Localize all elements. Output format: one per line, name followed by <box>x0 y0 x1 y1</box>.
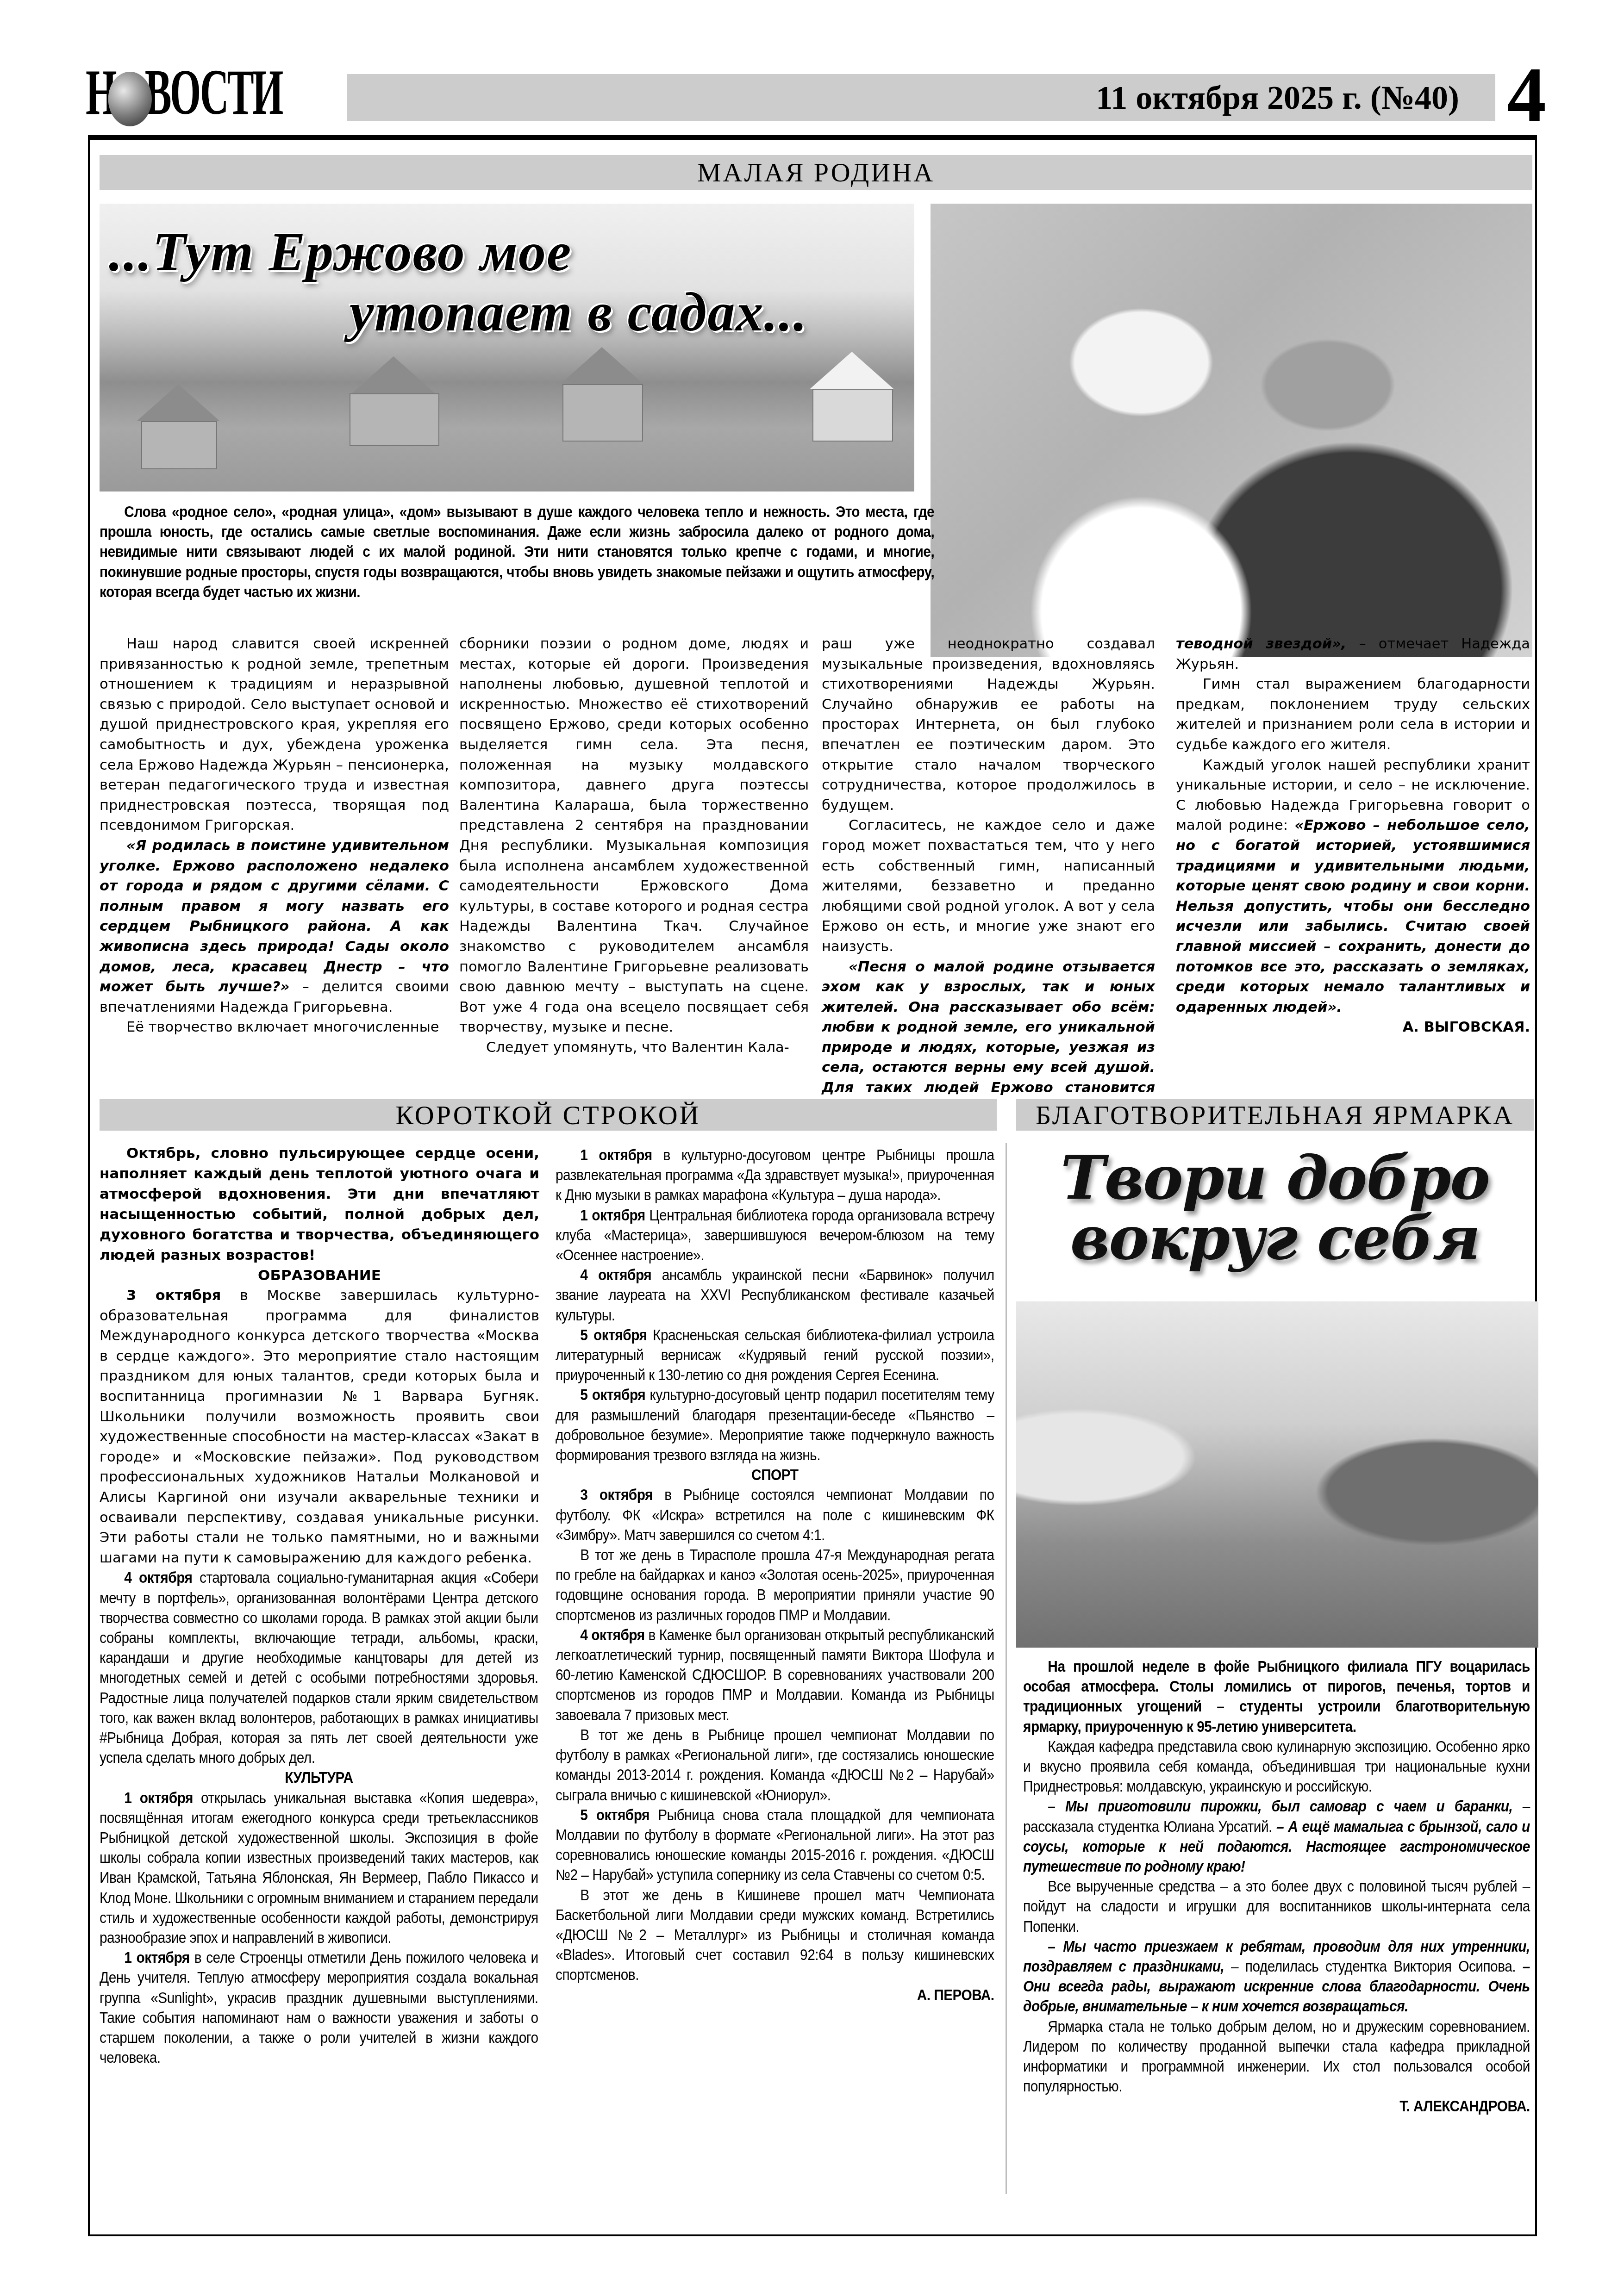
headline-line-1: ...Тут Ержово мое <box>109 222 572 282</box>
rubric-label: БЛАГОТВОРИТЕЛЬНАЯ ЯРМАРКА <box>1036 1100 1514 1131</box>
masthead-date-band: 11 октября 2025 г. (№40) <box>347 74 1495 121</box>
paragraph: теводной звездой», – отмечает Надежда Жу… <box>1176 634 1530 674</box>
page-number: 4 <box>1507 60 1546 130</box>
article-lead: Слова «родное село», «родная улица», «до… <box>100 502 934 602</box>
issue-date: 11 октября 2025 г. (№40) <box>1096 74 1459 121</box>
fair-lead: На прошлой неделе в фойе Рыбницкого фили… <box>1023 1657 1530 1737</box>
education-items: 3 октября в Москве завершилась культурно… <box>100 1286 539 1568</box>
news-item: 4 октября ансамбль украинской песни «Бар… <box>556 1265 994 1325</box>
news-item: 1 октября открылась уникальная выставка … <box>100 1788 538 1948</box>
column-divider <box>1006 1143 1007 2194</box>
article-column-4: теводной звездой», – отмечает Надежда Жу… <box>1176 634 1530 1038</box>
news-item: В тот же день в Рыбнице прошел чемпионат… <box>556 1725 994 1805</box>
paragraph: Её творчество включает многочисленные <box>100 1017 449 1038</box>
short-news-lead: Октябрь, словно пульсирующее сердце осен… <box>100 1143 539 1265</box>
news-item: 3 октября в Москве завершилась культурно… <box>100 1286 539 1568</box>
script-line-1: Твори добро <box>1016 1148 1534 1208</box>
article-column-3: раш уже неоднократно создавал музыкальны… <box>822 634 1155 1118</box>
news-item: 4 октября стартовала социально-гуманитар… <box>100 1568 538 1768</box>
news-item: 1 октября Центральная библиотека города … <box>556 1206 994 1266</box>
newspaper-logo: НВОСТИ <box>86 62 282 123</box>
news-item: В этот же день в Кишиневе прошел матч Че… <box>556 1885 994 1985</box>
heading-sport: СПОРТ <box>556 1465 994 1485</box>
rubric-label: МАЛАЯ РОДИНА <box>697 157 935 188</box>
author-signature: Т. АЛЕКСАНДРОВА. <box>1023 2097 1530 2116</box>
rubric-charity-fair: БЛАГОТВОРИТЕЛЬНАЯ ЯРМАРКА <box>1016 1099 1534 1131</box>
news-item: 3 октября в Рыбнице состоялся чемпионат … <box>556 1485 994 1545</box>
rubric-korotkoy-strokoy: КОРОТКОЙ СТРОКОЙ <box>100 1099 997 1131</box>
news-item: 1 октября в культурно-досуговом центре Р… <box>556 1145 994 1206</box>
script-line-2: вокруг себя <box>1016 1208 1534 1268</box>
paragraph: Гимн стал выражением благодарности предк… <box>1176 674 1530 755</box>
paragraph: сборники поэзии о родном доме, людях и м… <box>459 634 809 1038</box>
fair-article: На прошлой неделе в фойе Рыбницкого фили… <box>1023 1657 1530 2117</box>
news-item: 1 октября в селе Строенцы отметили День … <box>100 1948 538 2068</box>
paragraph-quote: «Я родилась в поистине удивительном угол… <box>100 836 449 1017</box>
fair-script-title: Твори добро вокруг себя <box>1016 1148 1534 1268</box>
logo-letters: ВОСТИ <box>145 56 282 128</box>
paragraph: Каждый уголок нашей республики хранит ун… <box>1176 755 1530 1018</box>
charity-fair-photo <box>1016 1301 1538 1648</box>
news-item: 5 октября Красненьская сельская библиоте… <box>556 1325 994 1386</box>
author-signature: А. ВЫГОВСКАЯ. <box>1176 1017 1530 1038</box>
paragraph: Согласитесь, не каждое село и даже город… <box>822 815 1155 957</box>
short-news-column-1: Октябрь, словно пульсирующее сердце осен… <box>100 1143 539 2068</box>
short-news-column-2: 1 октября в культурно-досуговом центре Р… <box>556 1145 994 2005</box>
education-items-narrow: 4 октября стартовала социально-гуманитар… <box>100 1568 538 2068</box>
heading-culture: КУЛЬТУРА <box>100 1768 538 1788</box>
author-signature: А. ПЕРОВА. <box>556 1985 994 2005</box>
village-photo: ...Тут Ержово мое утопает в садах... <box>100 204 914 492</box>
rubric-malaya-rodina: МАЛАЯ РОДИНА <box>100 155 1532 190</box>
article-column-1: Наш народ славится своей искренней привя… <box>100 634 449 1038</box>
paragraph: Ярмарка стала не только добрым делом, но… <box>1023 2017 1530 2097</box>
paragraph: Каждая кафедра представила свою кулинарн… <box>1023 1737 1530 1797</box>
photo-two-women-with-flowers <box>931 204 1532 657</box>
news-item: В тот же день в Тирасполе прошла 47-я Ме… <box>556 1545 994 1625</box>
news-item: 4 октября в Каменке был организован откр… <box>556 1625 994 1725</box>
news-item: 5 октября культурно-досуговый центр пода… <box>556 1385 994 1465</box>
paragraph: Все вырученные средства – а это более дв… <box>1023 1877 1530 1937</box>
globe-icon <box>108 72 152 126</box>
paragraph: Следует упомянуть, что Валентин Кала- <box>459 1038 809 1058</box>
heading-education: ОБРАЗОВАНИЕ <box>100 1265 539 1286</box>
paragraph: раш уже неоднократно создавал музыкальны… <box>822 634 1155 815</box>
rubric-label: КОРОТКОЙ СТРОКОЙ <box>396 1100 701 1131</box>
paragraph-quote: – Мы приготовили пирожки, был самовар с … <box>1023 1797 1530 1877</box>
news-item: 5 октября Рыбница снова стала площадкой … <box>556 1805 994 1885</box>
paragraph-quote: «Песня о малой родине отзывается эхом ка… <box>822 957 1155 1119</box>
headline-line-2: утопает в садах... <box>350 282 808 342</box>
paragraph-quote: – Мы часто приезжаем к ребятам, проводим… <box>1023 1937 1530 2017</box>
article-column-2: сборники поэзии о родном доме, людях и м… <box>459 634 809 1058</box>
paragraph: Наш народ славится своей искренней привя… <box>100 634 449 836</box>
